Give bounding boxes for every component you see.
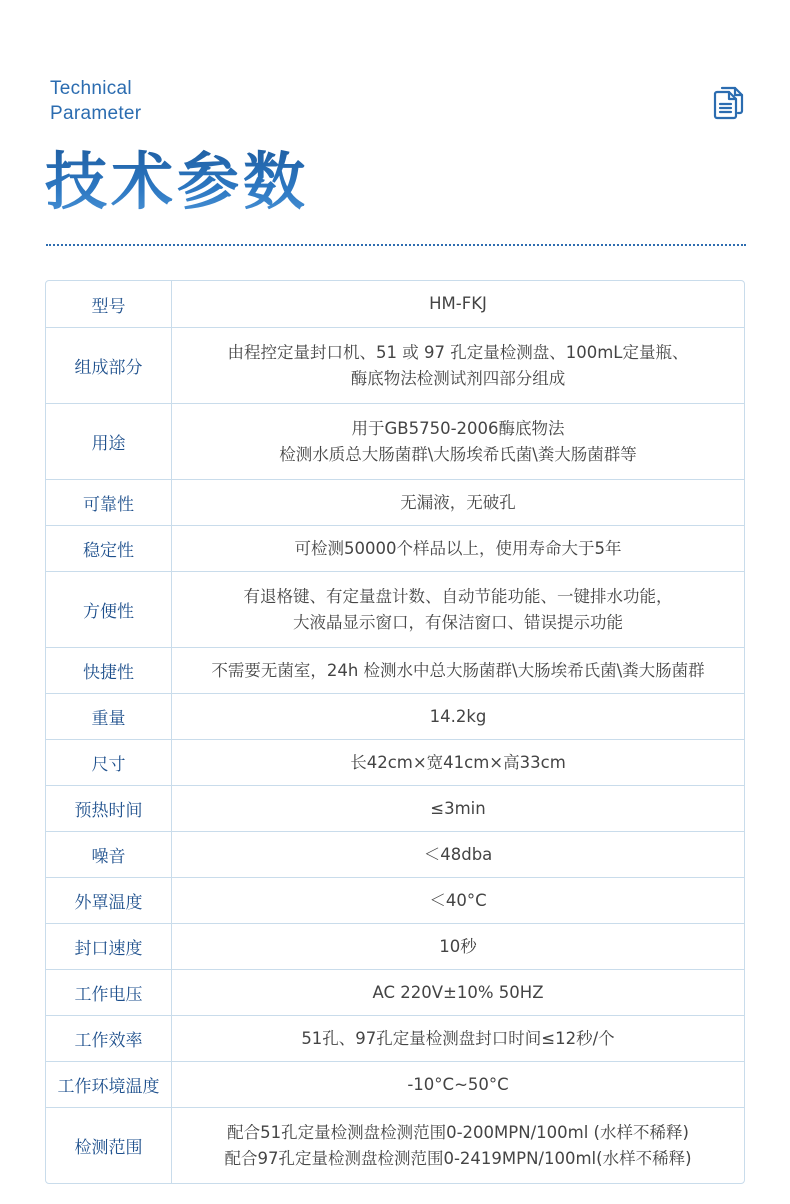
table-row: 快捷性不需要无菌室，24h 检测水中总大肠菌群\大肠埃希氏菌\粪大肠菌群 bbox=[46, 647, 744, 693]
row-label: 方便性 bbox=[46, 572, 172, 647]
value-line: 酶底物法检测试剂四部分组成 bbox=[351, 366, 566, 392]
row-value: 10秒 bbox=[172, 924, 744, 969]
table-row: 尺寸长42cm×宽41cm×高33cm bbox=[46, 739, 744, 785]
row-label: 重量 bbox=[46, 694, 172, 739]
row-label: 预热时间 bbox=[46, 786, 172, 831]
row-value: 由程控定量封口机、51 或 97 孔定量检测盘、100mL定量瓶、酶底物法检测试… bbox=[172, 328, 744, 403]
value-line: ＜48dba bbox=[424, 842, 493, 868]
value-line: ≤3min bbox=[430, 796, 485, 822]
row-label: 快捷性 bbox=[46, 648, 172, 693]
row-value: 14.2kg bbox=[172, 694, 744, 739]
value-line: 有退格键、有定量盘计数、自动节能功能、一键排水功能， bbox=[244, 584, 673, 610]
row-value: 用于GB5750-2006酶底物法检测水质总大肠菌群\大肠埃希氏菌\粪大肠菌群等 bbox=[172, 404, 744, 479]
row-label: 可靠性 bbox=[46, 480, 172, 525]
row-value: HM-FKJ bbox=[172, 281, 744, 327]
row-label: 工作环境温度 bbox=[46, 1062, 172, 1107]
table-row: 工作效率51孔、97孔定量检测盘封口时间≤12秒/个 bbox=[46, 1015, 744, 1061]
table-row: 预热时间≤3min bbox=[46, 785, 744, 831]
row-value: 可检测50000个样品以上，使用寿命大于5年 bbox=[172, 526, 744, 571]
value-line: HM-FKJ bbox=[429, 291, 487, 317]
row-label: 噪音 bbox=[46, 832, 172, 877]
row-value: -10°C~50°C bbox=[172, 1062, 744, 1107]
value-line: 无漏液，无破孔 bbox=[400, 490, 516, 516]
row-value: ＜48dba bbox=[172, 832, 744, 877]
header-subtitle-en: Technical Parameter bbox=[50, 76, 141, 126]
table-row: 可靠性无漏液，无破孔 bbox=[46, 479, 744, 525]
row-label: 组成部分 bbox=[46, 328, 172, 403]
table-row: 工作电压AC 220V±10% 50HZ bbox=[46, 969, 744, 1015]
row-value: ＜40°C bbox=[172, 878, 744, 923]
value-line: 可检测50000个样品以上，使用寿命大于5年 bbox=[295, 536, 622, 562]
table-row: 重量14.2kg bbox=[46, 693, 744, 739]
table-row: 外罩温度＜40°C bbox=[46, 877, 744, 923]
value-line: 大液晶显示窗口，有保洁窗口、错误提示功能 bbox=[293, 610, 623, 636]
value-line: AC 220V±10% 50HZ bbox=[373, 980, 544, 1006]
value-line: 10秒 bbox=[439, 934, 477, 960]
row-value: 不需要无菌室，24h 检测水中总大肠菌群\大肠埃希氏菌\粪大肠菌群 bbox=[172, 648, 744, 693]
row-value: ≤3min bbox=[172, 786, 744, 831]
value-line: 14.2kg bbox=[430, 704, 487, 730]
row-label: 稳定性 bbox=[46, 526, 172, 571]
table-row: 型号HM-FKJ bbox=[46, 281, 744, 327]
row-label: 工作电压 bbox=[46, 970, 172, 1015]
table-row: 组成部分由程控定量封口机、51 或 97 孔定量检测盘、100mL定量瓶、酶底物… bbox=[46, 327, 744, 403]
table-row: 稳定性可检测50000个样品以上，使用寿命大于5年 bbox=[46, 525, 744, 571]
value-line: -10°C~50°C bbox=[407, 1072, 508, 1098]
row-value: 无漏液，无破孔 bbox=[172, 480, 744, 525]
subtitle-line-2: Parameter bbox=[50, 101, 141, 126]
page-title: 技术参数 bbox=[45, 146, 309, 218]
row-value: 长42cm×宽41cm×高33cm bbox=[172, 740, 744, 785]
document-copy-icon bbox=[708, 82, 748, 122]
value-line: 配合97孔定量检测盘检测范围0-2419MPN/100ml(水样不稀释) bbox=[224, 1146, 691, 1172]
row-value: AC 220V±10% 50HZ bbox=[172, 970, 744, 1015]
value-line: 由程控定量封口机、51 或 97 孔定量检测盘、100mL定量瓶、 bbox=[228, 340, 689, 366]
dotted-divider bbox=[46, 244, 746, 246]
row-value: 配合51孔定量检测盘检测范围0-200MPN/100ml (水样不稀释)配合97… bbox=[172, 1108, 744, 1183]
row-label: 检测范围 bbox=[46, 1108, 172, 1183]
value-line: 检测水质总大肠菌群\大肠埃希氏菌\粪大肠菌群等 bbox=[279, 442, 637, 468]
value-line: 51孔、97孔定量检测盘封口时间≤12秒/个 bbox=[301, 1026, 614, 1052]
table-row: 方便性有退格键、有定量盘计数、自动节能功能、一键排水功能，大液晶显示窗口，有保洁… bbox=[46, 571, 744, 647]
row-label: 工作效率 bbox=[46, 1016, 172, 1061]
table-row: 用途用于GB5750-2006酶底物法检测水质总大肠菌群\大肠埃希氏菌\粪大肠菌… bbox=[46, 403, 744, 479]
table-row: 工作环境温度-10°C~50°C bbox=[46, 1061, 744, 1107]
spec-table: 型号HM-FKJ组成部分由程控定量封口机、51 或 97 孔定量检测盘、100m… bbox=[45, 280, 745, 1184]
table-row: 噪音＜48dba bbox=[46, 831, 744, 877]
row-value: 51孔、97孔定量检测盘封口时间≤12秒/个 bbox=[172, 1016, 744, 1061]
row-label: 封口速度 bbox=[46, 924, 172, 969]
value-line: 用于GB5750-2006酶底物法 bbox=[351, 416, 564, 442]
value-line: 配合51孔定量检测盘检测范围0-200MPN/100ml (水样不稀释) bbox=[227, 1120, 689, 1146]
row-label: 型号 bbox=[46, 281, 172, 327]
row-label: 尺寸 bbox=[46, 740, 172, 785]
table-row: 封口速度10秒 bbox=[46, 923, 744, 969]
value-line: 长42cm×宽41cm×高33cm bbox=[350, 750, 566, 776]
value-line: 不需要无菌室，24h 检测水中总大肠菌群\大肠埃希氏菌\粪大肠菌群 bbox=[211, 658, 704, 684]
subtitle-line-1: Technical bbox=[50, 76, 141, 101]
value-line: ＜40°C bbox=[429, 888, 486, 914]
row-label: 外罩温度 bbox=[46, 878, 172, 923]
row-value: 有退格键、有定量盘计数、自动节能功能、一键排水功能，大液晶显示窗口，有保洁窗口、… bbox=[172, 572, 744, 647]
table-row: 检测范围配合51孔定量检测盘检测范围0-200MPN/100ml (水样不稀释)… bbox=[46, 1107, 744, 1183]
row-label: 用途 bbox=[46, 404, 172, 479]
